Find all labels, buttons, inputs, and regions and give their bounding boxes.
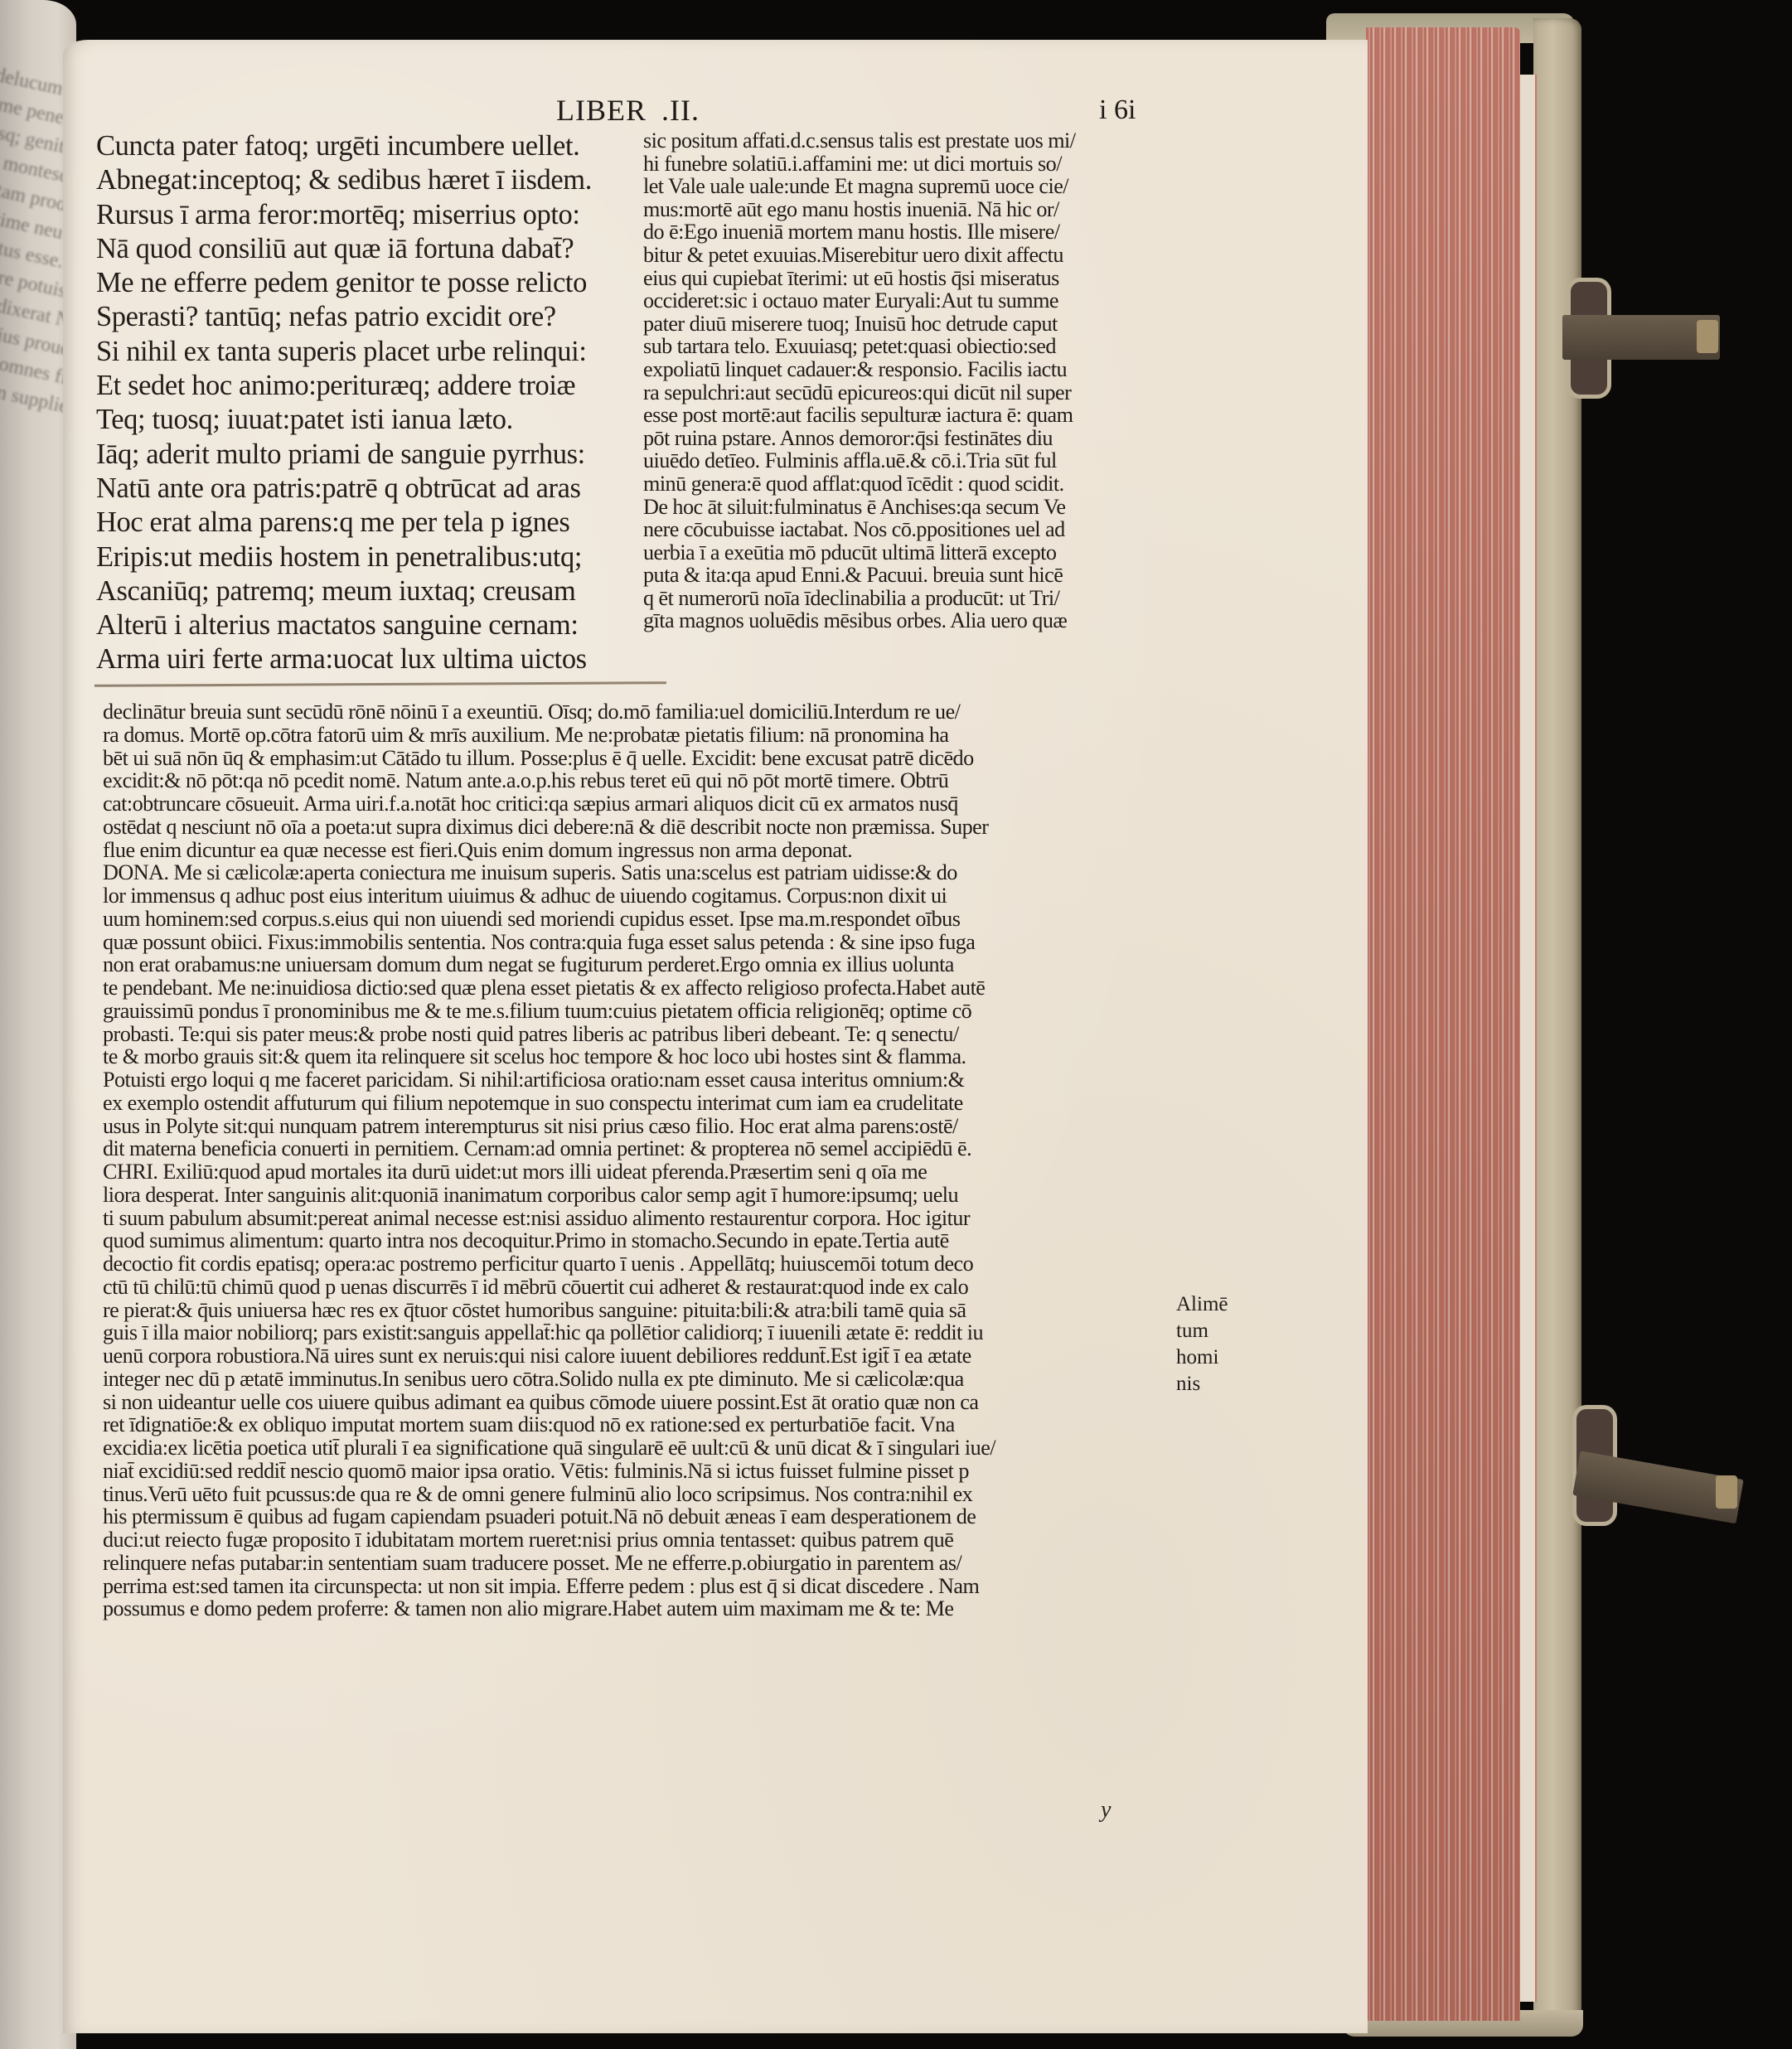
commentary-line: DONA. Me si cælicolæ:aperta coniectura m… [103, 861, 1247, 884]
commentary-line: integer nec dū p ætatē imminutus.In seni… [103, 1368, 1247, 1391]
clasp-catch-icon [1697, 320, 1718, 353]
verse-line: Natū ante ora patris:patrē q obtrūcat ad… [96, 472, 660, 506]
commentary-line: ra domus. Mortē op.cōtra fatorū uim & mr… [103, 724, 1247, 747]
commentary-line: possumus e domo pedem proferre: & tamen … [103, 1597, 1247, 1620]
commentary-line: excidit:& nō pōt:qa nō pcedit nomē. Natu… [103, 769, 1247, 792]
commentary-line: ctū tū chilū:tū chimū quod p uenas discu… [103, 1276, 1247, 1299]
commentary-line: ret īdignatiōe:& ex obliquo imputat mort… [103, 1413, 1247, 1436]
commentary-line: pater diuū miserere tuoq; Inuisū hoc det… [643, 312, 1240, 336]
commentary-line: si non uideantur uelle cos uiuere quibus… [103, 1391, 1247, 1414]
commentary-line: lor immensus q adhuc post eius interitum… [103, 884, 1247, 908]
running-headline: LIBER.II. [556, 93, 700, 128]
commentary-line: puta & ita:qa apud Enni.& Pacuui. breuia… [643, 564, 1240, 587]
commentary-line: te & morbo grauis sit:& quem ita relinqu… [103, 1045, 1247, 1068]
commentary-line: uenū corpora robustiora.Nā uires sunt ex… [103, 1344, 1247, 1368]
commentary-line: probasti. Te:qui sis pater meus:& probe … [103, 1023, 1247, 1046]
margin-note-line: nis [1176, 1371, 1228, 1397]
verse-line: Alterū i alterius mactatos sanguine cern… [96, 608, 660, 642]
verse-line: Iāq; aderit multo priami de sanguie pyrr… [96, 438, 660, 472]
margin-note-line: Alimē [1176, 1291, 1228, 1318]
commentary-full-width: declinātur breuia sunt secūdū rōnē nōinū… [103, 700, 1247, 1620]
margin-note-line: tum [1176, 1318, 1228, 1344]
commentary-line: nere cōcubuisse iactabat. Nos cō.ppositi… [643, 518, 1240, 541]
commentary-line: pōt ruina pstare. Annos demoror:q̄si fes… [643, 427, 1240, 450]
verse-line: Ascaniūq; patremq; meum iuxtaq; creusam [96, 574, 660, 608]
commentary-line: his ptermissum ē quibus ad fugam capiend… [103, 1505, 1247, 1528]
clasp-catch-icon [1716, 1475, 1737, 1509]
verse-line: Si nihil ex tanta superis placet urbe re… [96, 335, 660, 369]
commentary-line: mus:mortē aūt ego manu hostis inueniā. N… [643, 198, 1240, 221]
verse-line: Sperasti? tantūq; nefas patrio excidit o… [96, 300, 660, 334]
commentary-line: usus in Polyte sit:qui nunquam patrem in… [103, 1115, 1247, 1138]
commentary-line: te pendebant. Me ne:inuidiosa dictio:sed… [103, 976, 1247, 1000]
recto-page: LIBER.II. i 6i Cuncta pater fatoq; urgēt… [63, 40, 1368, 2033]
marginal-note: Alimētumhominis [1176, 1291, 1228, 1397]
commentary-line: declinātur breuia sunt secūdū rōnē nōinū… [103, 700, 1247, 724]
commentary-line: occideret:sic i octauo mater Euryali:Aut… [643, 289, 1240, 312]
commentary-line: sic positum affati.d.c.sensus talis est … [643, 129, 1240, 153]
commentary-line: grauissimū pondus ī pronominibus me & te… [103, 1000, 1247, 1023]
headline-book: LIBER [556, 94, 647, 127]
verse-line: Abnegat:inceptoq; & sedibus hæret ī iisd… [96, 163, 660, 197]
signature-mark: y [1101, 1797, 1111, 1824]
verse-line: Nā quod consiliū aut quæ iā fortuna daba… [96, 232, 660, 266]
commentary-line: excidia:ex licētia poetica utit̄ plurali… [103, 1436, 1247, 1460]
commentary-line: flue enim dicuntur ea quæ necesse est fi… [103, 839, 1247, 862]
commentary-line: hi funebre solatiū.i.affamini me: ut dic… [643, 153, 1240, 176]
commentary-line: re pierat:& q̄uis uniuersa hæc res ex q̄… [103, 1299, 1247, 1322]
commentary-line: perrima est:sed tamen ita circunspecta: … [103, 1575, 1247, 1598]
commentary-line: eius qui cupiebat īterimi: ut eū hostis … [643, 267, 1240, 290]
commentary-line: uerbia ī a exeūtia mō pducūt ultimā litt… [643, 541, 1240, 564]
folio-number: i 6i [1099, 94, 1136, 126]
verse-line: Teq; tuosq; iuuat:patet isti ianua læto. [96, 403, 660, 437]
verse-block: Cuncta pater fatoq; urgēti incumbere uel… [96, 129, 660, 677]
commentary-line: bēt ui suā nōn ūq & emphasim:ut Cātādo t… [103, 747, 1247, 770]
commentary-line: ti suum pabulum absumit:pereat animal ne… [103, 1207, 1247, 1230]
headline-number: .II. [661, 94, 700, 127]
commentary-line: q ēt numerorū noīa īdeclinabilia a produ… [643, 587, 1240, 610]
commentary-line: decoctio fit cordis epatisq; opera:ac po… [103, 1252, 1247, 1276]
margin-note-line: homi [1176, 1344, 1228, 1371]
commentary-line: sub tartara telo. Exuuiasq; petet:quasi … [643, 335, 1240, 358]
verse-line: Et sedet hoc animo:perituræq; addere tro… [96, 369, 660, 403]
commentary-line: CHRI. Exiliū:quod apud mortales ita durū… [103, 1160, 1247, 1184]
commentary-line: non erat orabamus:ne uniuersam domum dum… [103, 953, 1247, 976]
commentary-line: esse post mortē:aut facilis sepulturæ ia… [643, 404, 1240, 427]
commentary-line: guis ī illa maior nobiliorq; pars existi… [103, 1321, 1247, 1344]
commentary-line: expoliatū linquet cadauer:& responsio. F… [643, 358, 1240, 381]
commentary-line: quæ possunt obiici. Fixus:immobilis sent… [103, 931, 1247, 954]
verse-line: Cuncta pater fatoq; urgēti incumbere uel… [96, 129, 660, 163]
commentary-line: niat̄ excidiū:sed reddit̄ nescio quomō m… [103, 1460, 1247, 1483]
commentary-line: bitur & petet exuuias.Miserebitur uero d… [643, 244, 1240, 267]
verse-line: Rursus ī arma feror:mortēq; miserrius op… [96, 198, 660, 232]
commentary-line: Potuisti ergo loqui q me faceret paricid… [103, 1068, 1247, 1092]
commentary-line: duci:ut reiecto fugæ proposito ī idubita… [103, 1528, 1247, 1552]
commentary-line: gīta magnos uoluēdis mēsibus orbes. Alia… [643, 609, 1240, 632]
commentary-line: uiuēdo detīeo. Fulminis affla.uē.& cō.i.… [643, 449, 1240, 472]
commentary-line: relinquere nefas putabar:in sententiam s… [103, 1552, 1247, 1575]
commentary-line: ostēdat q nesciunt nō oīa a poeta:ut sup… [103, 816, 1247, 839]
commentary-line: uum hominem:sed corpus.s.eius qui non ui… [103, 908, 1247, 931]
verse-line: Hoc erat alma parens:q me per tela p ign… [96, 506, 660, 540]
red-stained-fore-edge [1366, 27, 1520, 2021]
commentary-line: tinus.Verū uēto fuit pcussus:de qua re &… [103, 1483, 1247, 1506]
commentary-line: quod sumimus alimentum: quarto intra nos… [103, 1229, 1247, 1252]
commentary-line: liora desperat. Inter sanguinis alit:quo… [103, 1184, 1247, 1207]
commentary-line: do ē:Ego inueniā mortem manu hostis. Ill… [643, 220, 1240, 244]
commentary-line: cat:obtruncare cōsueuit. Arma uiri.f.a.n… [103, 792, 1247, 816]
commentary-line: De hoc āt siluit:fulminatus ē Anchises:q… [643, 496, 1240, 519]
commentary-line: dit materna beneficia conuerti in pernit… [103, 1137, 1247, 1160]
verse-line: Eripis:ut mediis hostem in penetralibus:… [96, 540, 660, 574]
verse-line: Arma uiri ferte arma:uocat lux ultima ui… [96, 642, 660, 676]
commentary-line: let Vale uale uale:unde Et magna supremū… [643, 175, 1240, 198]
commentary-line: ra sepulchri:aut secūdū epicureos:qui di… [643, 381, 1240, 404]
verse-underline-rule [94, 681, 666, 687]
commentary-line: ex exemplo ostendit affuturum qui filium… [103, 1092, 1247, 1115]
commentary-column: sic positum affati.d.c.sensus talis est … [643, 129, 1240, 632]
page-edge-strip [1520, 75, 1537, 2002]
commentary-line: minū genera:ē quod afflat:quod īcēdit : … [643, 472, 1240, 496]
verse-line: Me ne efferre pedem genitor te posse rel… [96, 266, 660, 300]
